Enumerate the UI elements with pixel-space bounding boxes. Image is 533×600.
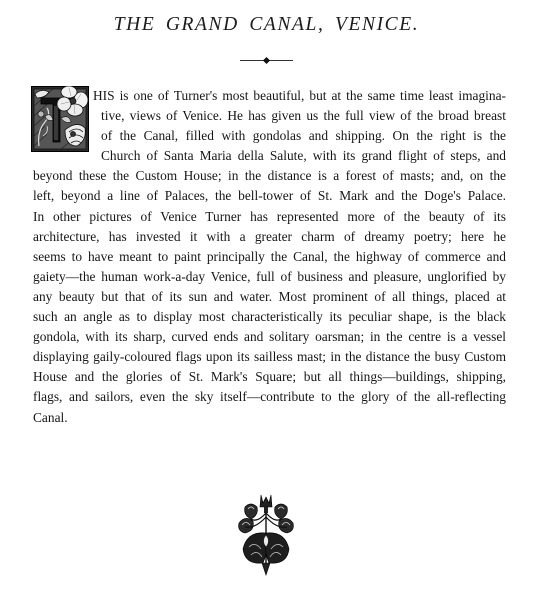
text-line: In other pictures of Venice Turner has r… — [33, 207, 506, 227]
text-line: of the Canal, filled with gondolas and s… — [93, 126, 506, 146]
text-line: beyond these the Custom House; in the di… — [33, 166, 506, 186]
text-line: flags, and sailors, even the sky itself—… — [33, 387, 506, 407]
title-divider — [240, 59, 293, 62]
text-line: gaiety—the human work-a-day Venice, full… — [33, 267, 506, 287]
diamond-icon — [263, 57, 270, 64]
text-line: such an angle as to display most charact… — [33, 307, 506, 327]
text-line: tive, views of Venice. He has given us t… — [93, 106, 506, 126]
text-line: Church of Santa Maria della Salute, with… — [93, 146, 506, 166]
text-line: any beauty but that of its sun and water… — [33, 287, 506, 307]
text-line: HIS is one of Turner's most beautiful, b… — [93, 86, 506, 106]
page-title: THE GRAND CANAL, VENICE. — [0, 14, 533, 36]
dropcap-t-icon — [31, 86, 89, 152]
article-body: HIS is one of Turner's most beautiful, b… — [33, 86, 506, 428]
text-line: left, beyond a line of Palaces, the bell… — [33, 186, 506, 206]
text-line: seems to have meant to paint principally… — [33, 247, 506, 267]
text-line: displaying gaily-coloured flags upon its… — [33, 347, 506, 367]
text-line: gondola, with its sharp, curved ends and… — [33, 327, 506, 347]
floral-tailpiece-icon — [237, 493, 295, 577]
text-line: Canal. — [33, 408, 506, 428]
text-line: architecture, has invested it with a gre… — [33, 227, 506, 247]
text-line: House and the glories of St. Mark's Squa… — [33, 367, 506, 387]
